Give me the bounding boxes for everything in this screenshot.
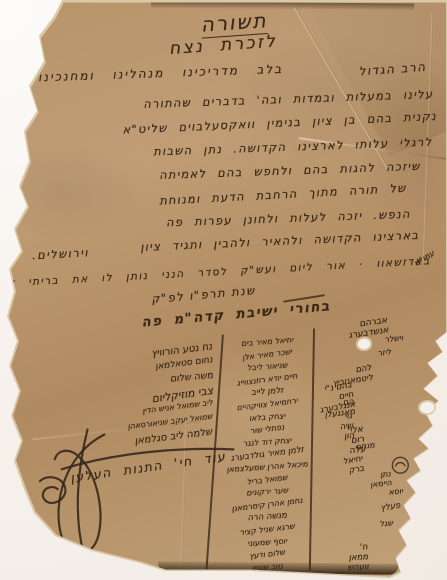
scanner-background: תשורה לזכרת נצח הרב הגדול בלב מדריכינו מ… [0, 0, 447, 580]
signature: שגל [379, 518, 393, 528]
handwritten-line: וירושלים. [32, 245, 90, 262]
seal-scribble [389, 454, 411, 476]
handwritten-line: בארצינו הקדושה ולהאיר ולהבין ותגיד ציון [140, 228, 419, 254]
signature: פעלץ [380, 501, 401, 514]
handwritten-line: שיזכה להגות בהם ולחפש בהם לאמיתה [158, 159, 420, 182]
flourish-signature [10, 420, 248, 574]
signature: יחיאל ברק [342, 454, 365, 477]
handwritten-line: של תורה מתוך הרחבת הדעת ומנוחת [158, 181, 406, 208]
torn-hole [420, 402, 434, 413]
handwritten-line: בלב מדריכינו מנהלינו ומחנכינו [38, 62, 284, 84]
document-paper: תשורה לזכרת נצח הרב הגדול בלב מדריכינו מ… [2, 3, 446, 579]
paper-curl-shadow-top [151, 2, 414, 11]
torn-hole [358, 339, 370, 349]
year-line: שנת תרפ"ו לפ"ק [151, 283, 257, 306]
document-subtitle: לזכרת נצח [168, 32, 278, 59]
signature: אלי' רום עלה [346, 425, 367, 457]
signature: וישלר [384, 333, 403, 344]
signature: ח' ממאן וועהש [346, 542, 369, 573]
signature: אברהם אנשדבערג [347, 316, 390, 341]
signature: מנחם [355, 440, 375, 451]
signature: ליזר [377, 347, 391, 357]
signature: יוסא [388, 486, 403, 496]
handwritten-line: הנפש. יזכה לעלות ולחונן עפרות פה [165, 207, 410, 229]
